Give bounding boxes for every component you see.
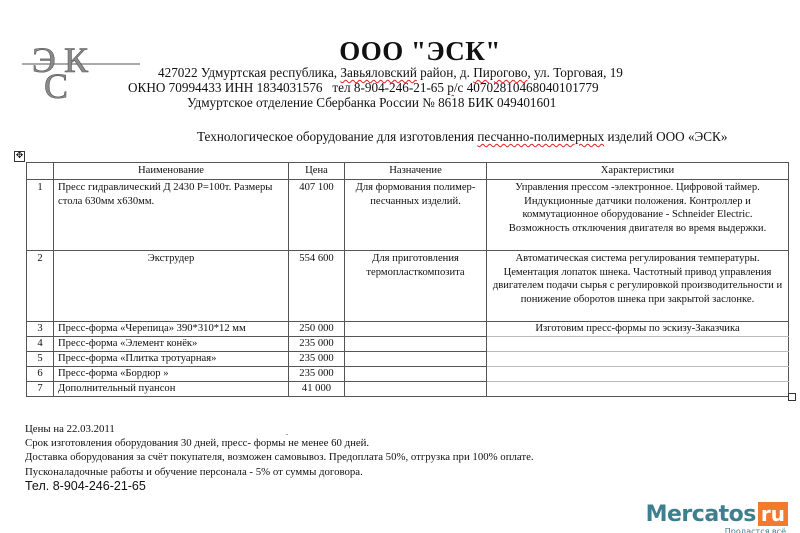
row-name: Пресс-форма «Черепица» 390*310*12 мм bbox=[54, 322, 289, 337]
table-header-row: Наименование Цена Назначение Характерист… bbox=[27, 163, 789, 180]
row-num: 1 bbox=[27, 180, 54, 251]
table-row: 3 Пресс-форма «Черепица» 390*310*12 мм 2… bbox=[27, 322, 789, 337]
table-row: 4 Пресс-форма «Элемент конёк» 235 000 bbox=[27, 337, 789, 352]
mercatos-watermark: Mercatosru Продастся всё bbox=[646, 502, 788, 527]
document-subtitle: Технологическое оборудование для изготов… bbox=[197, 129, 727, 145]
equipment-table: Наименование Цена Назначение Характерист… bbox=[26, 162, 789, 397]
row-price: 407 100 bbox=[289, 180, 345, 251]
watermark-tld: ru bbox=[758, 502, 788, 526]
prices-date: Цены на 22.03.2011 bbox=[25, 422, 534, 436]
row-num: 3 bbox=[27, 322, 54, 337]
row-num: 2 bbox=[27, 251, 54, 322]
table-row: 5 Пресс-форма «Плитка тротуарная» 235 00… bbox=[27, 352, 789, 367]
header-num bbox=[27, 163, 54, 180]
notes-block: Цены на 22.03.2011 Срок изготовления обо… bbox=[25, 422, 534, 493]
table-row: 1 Пресс гидравлический Д 2430 Р=100т. Ра… bbox=[27, 180, 789, 251]
row-purpose bbox=[345, 337, 487, 352]
lead-time-note: Срок изготовления оборудования 30 дней, … bbox=[25, 436, 534, 450]
row-price: 235 000 bbox=[289, 367, 345, 382]
row-name: Пресс-форма «Элемент конёк» bbox=[54, 337, 289, 352]
table-row: 6 Пресс-форма «Бордюр » 235 000 bbox=[27, 367, 789, 382]
company-address: 427022 Удмуртская республика, Завьяловск… bbox=[158, 65, 623, 81]
row-name: Экструдер bbox=[54, 251, 289, 322]
row-characteristics bbox=[487, 352, 789, 367]
row-purpose bbox=[345, 352, 487, 367]
row-characteristics: Управления прессом -электронное. Цифрово… bbox=[487, 180, 789, 251]
row-num: 5 bbox=[27, 352, 54, 367]
row-characteristics: Автоматическая система регулирования тем… bbox=[487, 251, 789, 322]
row-num: 7 bbox=[27, 382, 54, 397]
table-move-handle-icon[interactable]: ✥ bbox=[14, 151, 25, 162]
row-price: 250 000 bbox=[289, 322, 345, 337]
row-price: 41 000 bbox=[289, 382, 345, 397]
row-price: 554 600 bbox=[289, 251, 345, 322]
row-price: 235 000 bbox=[289, 352, 345, 367]
row-purpose: Для формования полимер-песчанных изделий… bbox=[345, 180, 487, 251]
header-characteristics: Характеристики bbox=[487, 163, 789, 180]
bank-details: Удмуртское отделение Сбербанка России № … bbox=[187, 95, 556, 111]
row-name: Пресс-форма «Бордюр » bbox=[54, 367, 289, 382]
contact-phone: Тел. 8-904-246-21-65 bbox=[25, 479, 534, 493]
table-row: 2 Экструдер 554 600 Для приготовления те… bbox=[27, 251, 789, 322]
row-characteristics bbox=[487, 367, 789, 382]
row-purpose: Для приготовления термопласткомпозита bbox=[345, 251, 487, 322]
row-name: Пресс-форма «Плитка тротуарная» bbox=[54, 352, 289, 367]
header-price: Цена bbox=[289, 163, 345, 180]
header-purpose: Назначение bbox=[345, 163, 487, 180]
row-characteristics: Изготовим пресс-формы по эскизу-Заказчик… bbox=[487, 322, 789, 337]
delivery-note: Доставка оборудования за счёт покупателя… bbox=[25, 450, 534, 464]
commissioning-note: Пусконаладочные работы и обучение персон… bbox=[25, 465, 534, 479]
row-characteristics bbox=[487, 382, 789, 397]
table-row: 7 Дополнительный пуансон 41 000 bbox=[27, 382, 789, 397]
row-price: 235 000 bbox=[289, 337, 345, 352]
row-purpose bbox=[345, 322, 487, 337]
watermark-tagline: Продастся всё bbox=[725, 527, 786, 533]
header-name: Наименование bbox=[54, 163, 289, 180]
row-name: Дополнительный пуансон bbox=[54, 382, 289, 397]
company-name: ООО "ЭСК" bbox=[0, 36, 800, 67]
row-characteristics bbox=[487, 337, 789, 352]
row-purpose bbox=[345, 367, 487, 382]
row-name: Пресс гидравлический Д 2430 Р=100т. Разм… bbox=[54, 180, 289, 251]
row-purpose bbox=[345, 382, 487, 397]
watermark-brand: Mercatos bbox=[646, 502, 756, 527]
svg-text:С: С bbox=[44, 66, 68, 102]
row-num: 4 bbox=[27, 337, 54, 352]
company-requisites: ОКНО 70994433 ИНН 1834031576 тел 8-904-2… bbox=[128, 80, 599, 96]
table-resize-handle[interactable] bbox=[788, 393, 796, 401]
row-num: 6 bbox=[27, 367, 54, 382]
